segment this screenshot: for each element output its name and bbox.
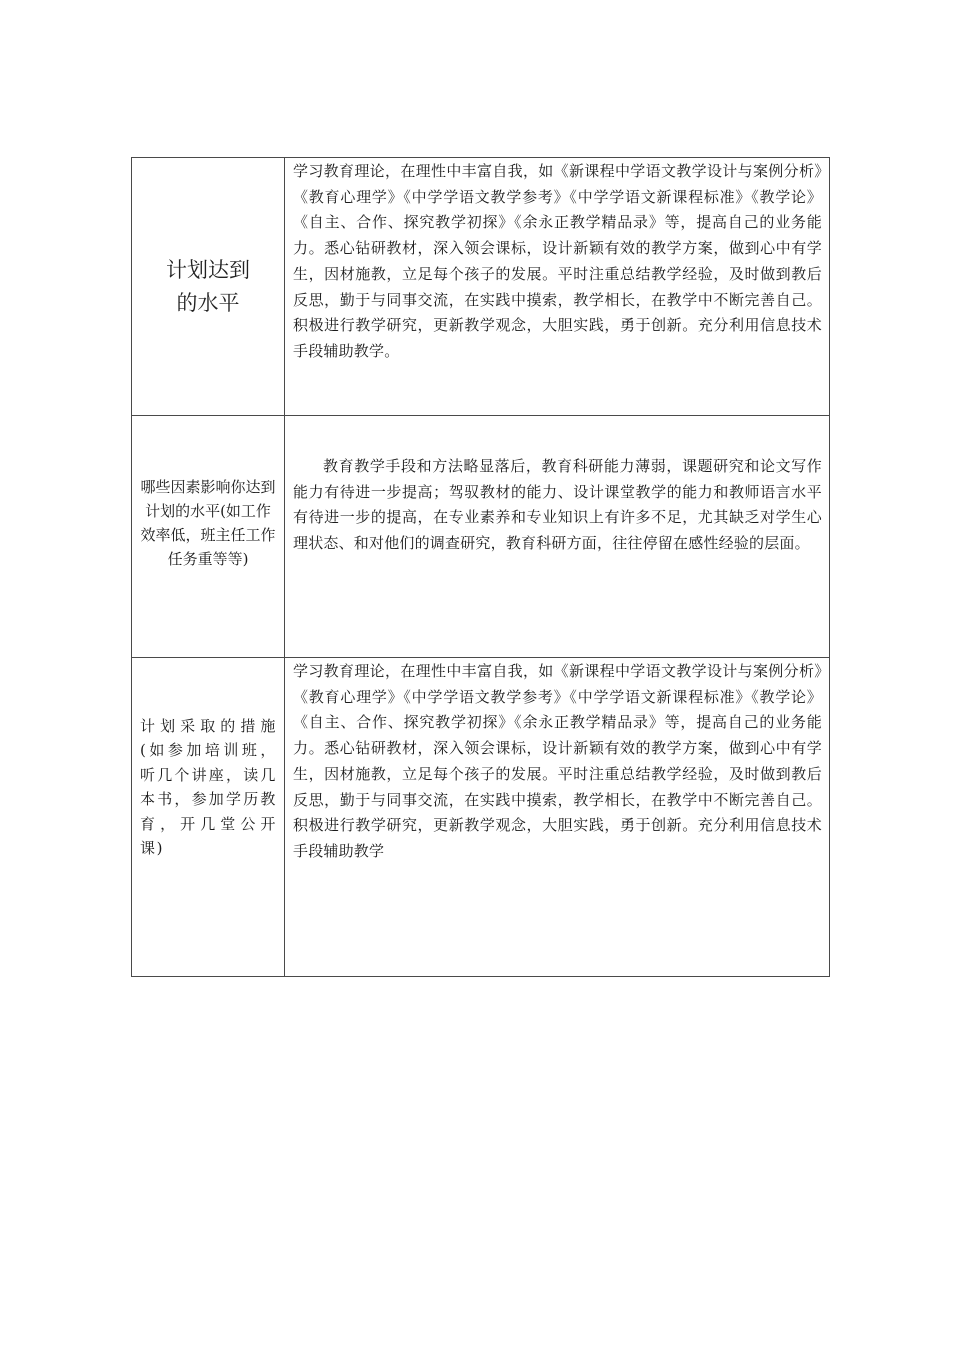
label-text: 计划采取的措施(如参加培训班，听几个讲座，读几本书，参加学历教育，开几堂公开课)	[140, 714, 277, 861]
label-line: 计划达到	[166, 254, 250, 287]
table-row-planned-measures: 计划采取的措施(如参加培训班，听几个讲座，读几本书，参加学历教育，开几堂公开课)…	[132, 658, 830, 977]
label-cell: 哪些因素影响你达到计划的水平(如工作效率低，班主任工作任务重等等)	[132, 416, 285, 658]
row-label-target-level: 计划达到 的水平	[132, 158, 284, 415]
table-row-influencing-factors: 哪些因素影响你达到计划的水平(如工作效率低，班主任工作任务重等等) 教育教学手段…	[132, 416, 830, 658]
table-row-target-level: 计划达到 的水平 学习教育理论，在理性中丰富自我，如《新课程中学语文教学设计与案…	[132, 158, 830, 416]
content-text-planned-measures: 学习教育理论，在理性中丰富自我，如《新课程中学语文教学设计与案例分析》《教育心理…	[285, 658, 829, 865]
label-cell: 计划采取的措施(如参加培训班，听几个讲座，读几本书，参加学历教育，开几堂公开课)	[132, 658, 285, 977]
plan-table: 计划达到 的水平 学习教育理论，在理性中丰富自我，如《新课程中学语文教学设计与案…	[131, 157, 830, 977]
content-text-influencing-factors: 教育教学手段和方法略显落后，教育科研能力薄弱，课题研究和论文写作能力有待进一步提…	[285, 416, 829, 557]
content-cell: 学习教育理论，在理性中丰富自我，如《新课程中学语文教学设计与案例分析》《教育心理…	[285, 158, 830, 416]
content-cell: 教育教学手段和方法略显落后，教育科研能力薄弱，课题研究和论文写作能力有待进一步提…	[285, 416, 830, 658]
label-text: 哪些因素影响你达到计划的水平(如工作效率低，班主任工作任务重等等)	[138, 475, 278, 571]
content-text-target-level: 学习教育理论，在理性中丰富自我，如《新课程中学语文教学设计与案例分析》《教育心理…	[285, 158, 829, 365]
label-cell: 计划达到 的水平	[132, 158, 285, 416]
document-page: 计划达到 的水平 学习教育理论，在理性中丰富自我，如《新课程中学语文教学设计与案…	[0, 0, 960, 1357]
content-cell: 学习教育理论，在理性中丰富自我，如《新课程中学语文教学设计与案例分析》《教育心理…	[285, 658, 830, 977]
label-line: 的水平	[166, 287, 250, 320]
row-label-influencing-factors: 哪些因素影响你达到计划的水平(如工作效率低，班主任工作任务重等等)	[132, 416, 284, 657]
row-label-planned-measures: 计划采取的措施(如参加培训班，听几个讲座，读几本书，参加学历教育，开几堂公开课)	[132, 658, 284, 976]
